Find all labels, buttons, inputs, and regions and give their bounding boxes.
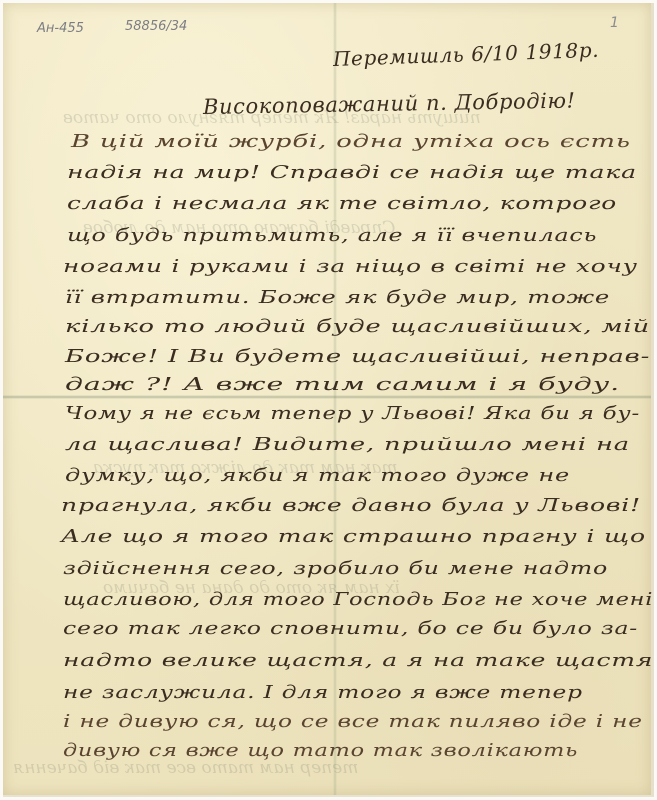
letter-line: прагнула, якби вже давно була у Львові! [61,495,641,516]
bleed-through-text: тепер нам тато все так від бачення [13,758,358,778]
letter-line: Але що я того так страшно прагну і що [61,526,646,547]
letter-line: щасливою, для того Господь Бог не хоче м… [63,589,653,610]
horizontal-fold-crease [3,395,651,399]
salutation: Високоповажаний п. Добродію! [203,88,576,119]
letter-line: дивую ся вже що тато так зволікають [63,740,578,761]
letter-line: здійснення сего, зробило би мене надто [63,558,608,579]
letter-line: її втратити. Боже як буде мир, тоже [65,287,610,308]
letter-line: надто велике щастя, а я на таке щастя [63,650,653,671]
letter-line: даж ?! А вже тим самим і я буду. [65,374,620,395]
letter-line: слаба і несмала як те світло, котрого [67,193,617,214]
letter-line: що будь притьмить, але я її вчепилась [67,225,597,246]
letter-line: не заслужила. І для того я вже тепер [63,682,583,703]
archive-inventory-number: 58856/34 [125,19,187,34]
page-number: 1 [610,15,619,31]
letter-line: ла щаслива! Видите, прийшло мені на [65,434,630,455]
letter-line: і не дивую ся, що се все так пиляво іде … [63,711,643,732]
letter-line: В цій моїй журбі, одна утіха ось єсть [71,131,631,152]
letter-page: пишуть нараз! Як тепер тягнуло ото чатов… [3,3,654,797]
archive-code: Ан-455 [37,21,84,36]
letter-line: ногами і руками і за ніщо в світі не хоч… [63,256,638,277]
letter-line: Боже! І Ви будете щасливійші, неправ- [65,346,650,367]
place-date-line: Перемишль 6/10 1918р. [333,38,600,71]
letter-line: Чому я не єсьм тепер у Львові! Яка би я … [65,403,640,424]
letter-line: думку, що, якби я так того дуже не [65,465,570,486]
letter-line: сего так легко сповнити, бо се би було з… [63,618,638,639]
letter-line: надія на мир! Справді се надія ще така [67,162,637,183]
letter-line: кілько то людий буде щасливійших, мій [65,316,650,337]
